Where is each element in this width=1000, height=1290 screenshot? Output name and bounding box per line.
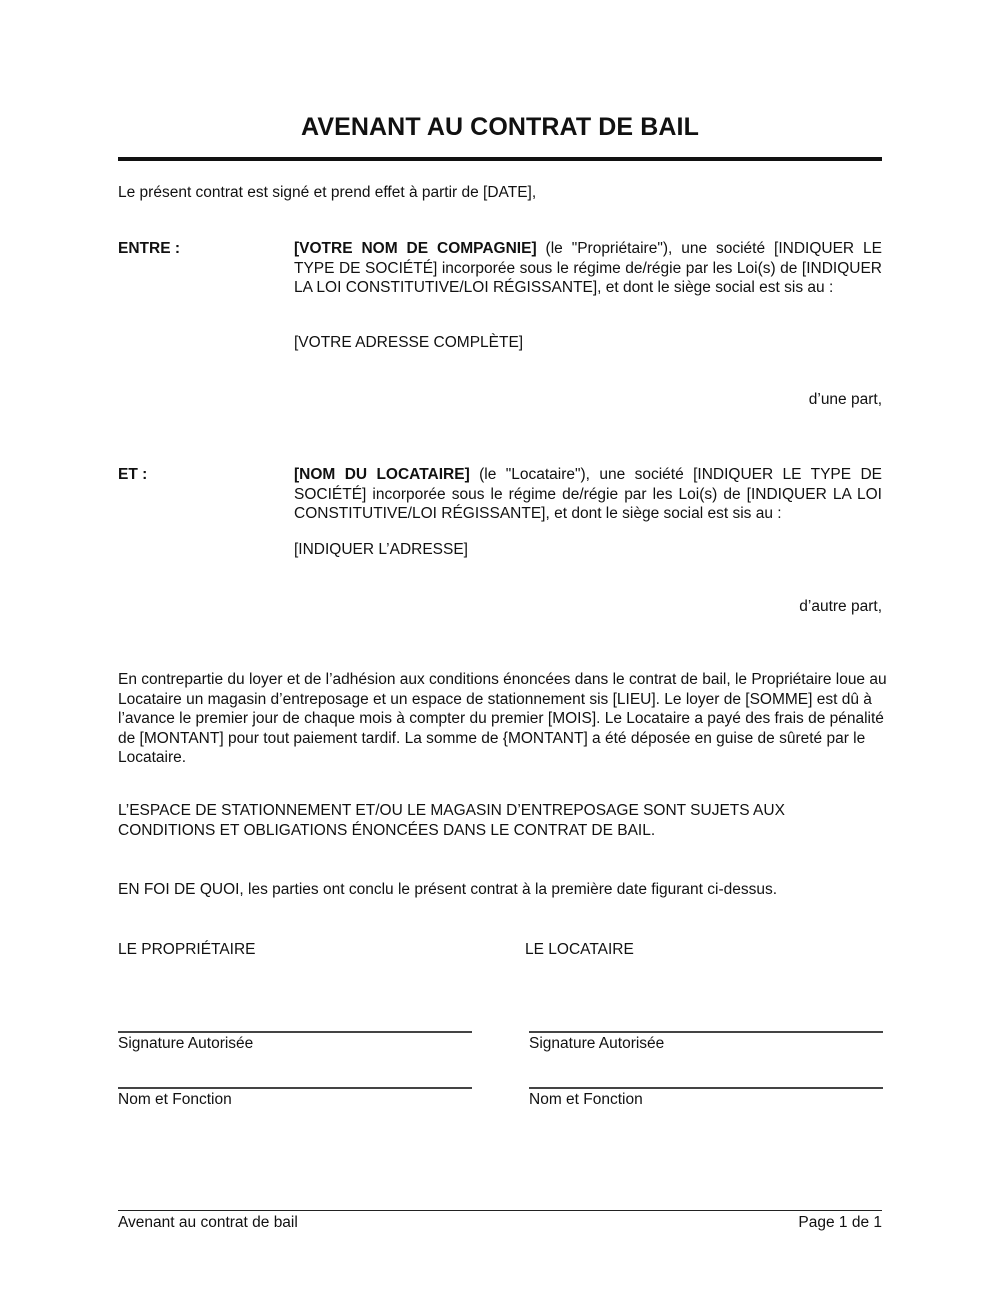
signature-heading-tenant: LE LOCATAIRE: [525, 940, 634, 960]
consideration-paragraph: En contrepartie du loyer et de l’adhésio…: [118, 670, 888, 768]
party-name-tenant: [NOM DU LOCATAIRE]: [294, 466, 470, 483]
party-label-tenant: ET :: [118, 465, 147, 485]
signature-heading-landlord: LE PROPRIÉTAIRE: [118, 940, 256, 960]
name-label-landlord: Nom et Fonction: [118, 1090, 232, 1110]
party-label-landlord: ENTRE :: [118, 239, 180, 259]
name-line-tenant: [529, 1087, 883, 1089]
party-side-landlord: d’une part,: [809, 390, 882, 410]
party-address-landlord: [VOTRE ADRESSE COMPLÈTE]: [294, 333, 523, 353]
party-address-tenant: [INDIQUER L’ADRESSE]: [294, 540, 468, 560]
party-description-tenant: [NOM DU LOCATAIRE] (le "Locataire"), une…: [294, 465, 882, 524]
footer-page-number: Page 1 de 1: [798, 1213, 882, 1233]
signature-label-tenant: Signature Autorisée: [529, 1034, 664, 1054]
party-name-landlord: [VOTRE NOM DE COMPAGNIE]: [294, 240, 537, 257]
signature-line-landlord: [118, 1031, 472, 1033]
witness-paragraph: EN FOI DE QUOI, les parties ont conclu l…: [118, 880, 888, 900]
party-description-landlord: [VOTRE NOM DE COMPAGNIE] (le "Propriétai…: [294, 239, 882, 298]
signature-label-landlord: Signature Autorisée: [118, 1034, 253, 1054]
title-divider: [118, 157, 882, 161]
signature-line-tenant: [529, 1031, 883, 1033]
name-label-tenant: Nom et Fonction: [529, 1090, 643, 1110]
footer-document-name: Avenant au contrat de bail: [118, 1213, 298, 1233]
name-line-landlord: [118, 1087, 472, 1089]
conditions-paragraph: L’ESPACE DE STATIONNEMENT ET/OU LE MAGAS…: [118, 801, 858, 840]
intro-text: Le présent contrat est signé et prend ef…: [118, 183, 536, 203]
footer-divider: [118, 1210, 882, 1211]
party-side-tenant: d’autre part,: [799, 597, 882, 617]
document-title: AVENANT AU CONTRAT DE BAIL: [118, 113, 882, 142]
